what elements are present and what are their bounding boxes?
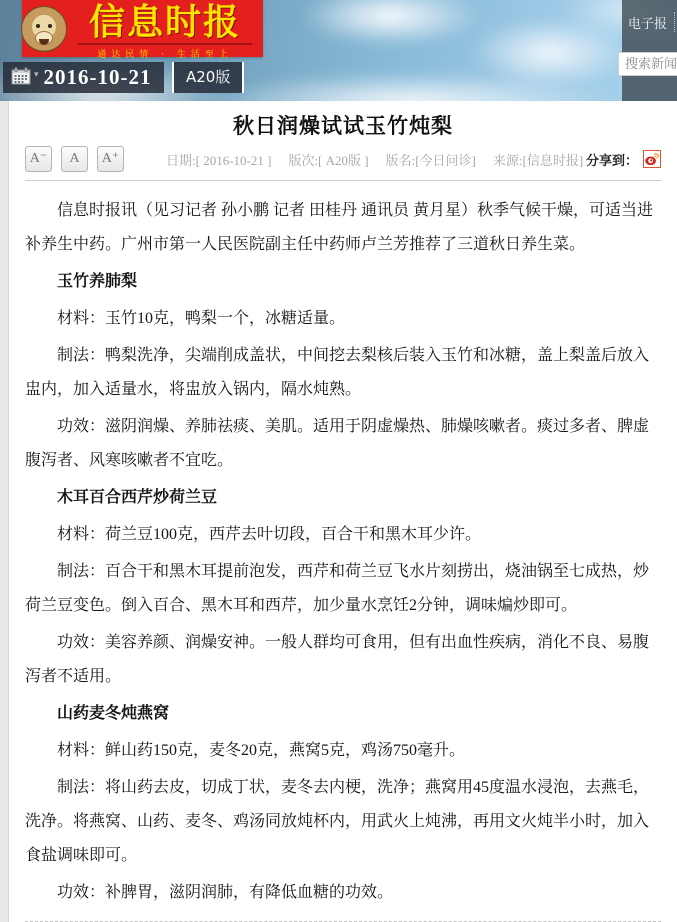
article-toolbar: A⁻ A A⁺ 日期:[ 2016-10-21 ] 版次:[ A20版 ] 版名… [25, 145, 661, 173]
article-paragraph: 功效：美容养颜、润燥安神。一般人群均可食用，但有出血性疾病，消化不良、易腹泻者不… [25, 626, 661, 694]
article-paragraph: 功效：滋阴润燥、养肺祛痰、美肌。适用于阴虚燥热、肺燥咳嗽者。痰过多者、脾虚腹泻者… [25, 410, 661, 478]
section-heading: 木耳百合西芹炒荷兰豆 [25, 481, 661, 515]
dotted-divider [674, 12, 675, 32]
page-root: 信息时报 通达民情 · 生活至上 ▾ [0, 0, 677, 922]
section-heading: 山药麦冬炖燕窝 [25, 697, 661, 731]
article-paragraph: 功效：补脾胃，滋阴润肺，有降低血糖的功效。 [25, 876, 661, 910]
date-picker[interactable]: ▾ 2016-10-21 [3, 62, 164, 93]
article-paragraph: 信息时报讯（见习记者 孙小鹏 记者 田桂丹 通讯员 黄月星）秋季气候干燥，可适当… [25, 194, 661, 262]
edition-badge[interactable]: A20版 [172, 62, 244, 93]
article-paragraph: 材料：鲜山药150克，麦冬20克，燕窝5克，鸡汤750毫升。 [25, 734, 661, 768]
search-input[interactable] [618, 52, 677, 76]
lion-eye [48, 24, 52, 28]
masthead-logo-link[interactable]: 信息时报 通达民情 · 生活至上 [22, 0, 263, 57]
site-header: 信息时报 通达民情 · 生活至上 ▾ [0, 0, 677, 101]
chevron-down-icon: ▾ [34, 70, 39, 80]
section-heading: 玉竹养肺梨 [25, 265, 661, 299]
font-decrease-button[interactable]: A⁻ [25, 146, 52, 172]
article-title: 秋日润燥试试玉竹炖梨 [25, 113, 661, 139]
share-label: 分享到： [586, 150, 638, 169]
weibo-icon[interactable] [643, 150, 661, 168]
lion-eye [36, 24, 40, 28]
brand-name: 信息时报 [72, 4, 258, 42]
header-right-panel: 电子报 [622, 0, 677, 101]
cloud-decoration [300, 0, 480, 46]
article-card: 秋日润燥试试玉竹炖梨 A⁻ A A⁺ 日期:[ 2016-10-21 ] 版次:… [8, 101, 677, 922]
meta-source: 来源:[信息时报] [493, 150, 583, 169]
meta-edition: 版次:[ A20版 ] [288, 150, 368, 169]
font-normal-button[interactable]: A [61, 146, 88, 172]
article-paragraph: 材料：荷兰豆100克，西芹去叶切段，百合干和黑木耳少许。 [25, 518, 661, 552]
article-paragraph: 制法：将山药去皮，切成丁状，麦冬去内梗，洗净；燕窝用45度温水浸泡，去燕毛，洗净… [25, 771, 661, 873]
edition-label: A20版 [186, 68, 230, 86]
meta-section: 版名:[今日问诊] [386, 150, 476, 169]
meta-date: 日期:[ 2016-10-21 ] [166, 150, 271, 169]
font-increase-button[interactable]: A⁺ [97, 146, 124, 172]
lion-logo-icon [21, 6, 67, 52]
brand-divider [78, 43, 252, 45]
article-paragraph: 制法：鸭梨洗净，尖端削成盖状，中间挖去梨核后装入玉竹和冰糖，盖上梨盖后放入盅内，… [25, 339, 661, 407]
article-meta: 日期:[ 2016-10-21 ] 版次:[ A20版 ] 版名:[今日问诊] … [166, 150, 583, 169]
share-bar: 分享到： [586, 150, 661, 169]
brand-slogan: 通达民情 · 生活至上 [72, 47, 258, 60]
epaper-row: 电子报 [622, 0, 677, 32]
epaper-link[interactable]: 电子报 [628, 13, 667, 32]
brand-text: 信息时报 通达民情 · 生活至上 [72, 4, 258, 60]
article-body: 信息时报讯（见习记者 孙小鹏 记者 田桂丹 通讯员 黄月星）秋季气候干燥，可适当… [25, 181, 661, 910]
article-paragraph: 制法：百合干和黑木耳提前泡发，西芹和荷兰豆飞水片刻捞出，烧油锅至七成热，炒荷兰豆… [25, 555, 661, 623]
date-label: 2016-10-21 [44, 65, 152, 90]
font-size-controls: A⁻ A A⁺ [25, 146, 124, 172]
calendar-icon [11, 67, 31, 89]
article-paragraph: 材料：玉竹10克，鸭梨一个，冰糖适量。 [25, 302, 661, 336]
